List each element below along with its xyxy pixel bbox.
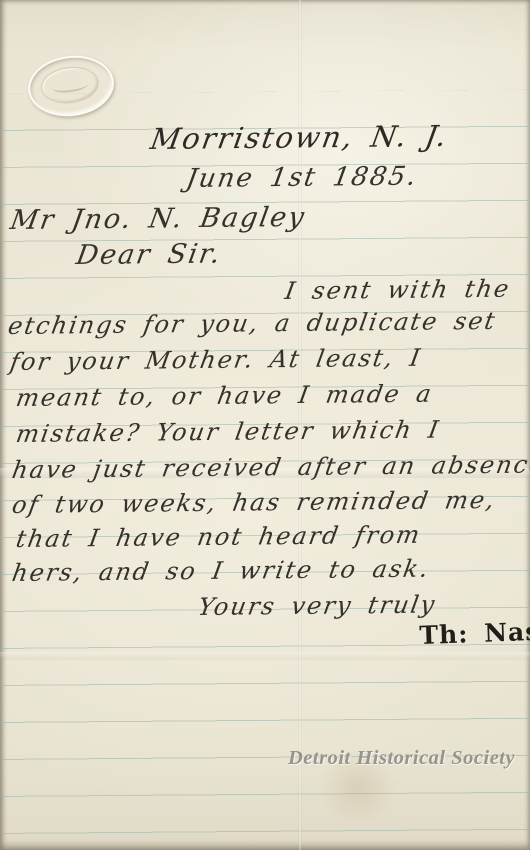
dhs-watermark: Detroit Historical Society	[288, 747, 515, 770]
letter-body-line: for your Mother. At least, I	[8, 344, 424, 376]
letter-recipient-line: Mr Jno. N. Bagley	[8, 202, 308, 236]
letter-date-line: June 1st 1885.	[184, 162, 420, 194]
letter-body-line: of two weeks, has reminded me,	[10, 486, 498, 519]
letter-body-line: hers, and so I write to ask.	[10, 555, 432, 587]
letter-body-line: etchings for you, a duplicate set	[6, 307, 499, 340]
letter-body-line: that I have not heard from	[14, 521, 423, 553]
horizontal-fold-crease	[0, 652, 530, 660]
letter-signature: Th: Nast.	[419, 616, 530, 650]
letter-closing: Yours very truly	[196, 591, 438, 621]
letter-body-line: meant to, or have I made a	[14, 380, 435, 412]
letter-body-line: mistake? Your letter which I	[14, 416, 442, 448]
letter-body-line: I sent with the	[283, 275, 513, 305]
letter-body-line: have just received after an absence	[10, 450, 530, 484]
letter-salutation: Dear Sir.	[74, 238, 224, 271]
letter-page: Morristown, N. J. June 1st 1885. Mr Jno.…	[0, 0, 530, 850]
letter-place-line: Morristown, N. J.	[148, 119, 451, 156]
